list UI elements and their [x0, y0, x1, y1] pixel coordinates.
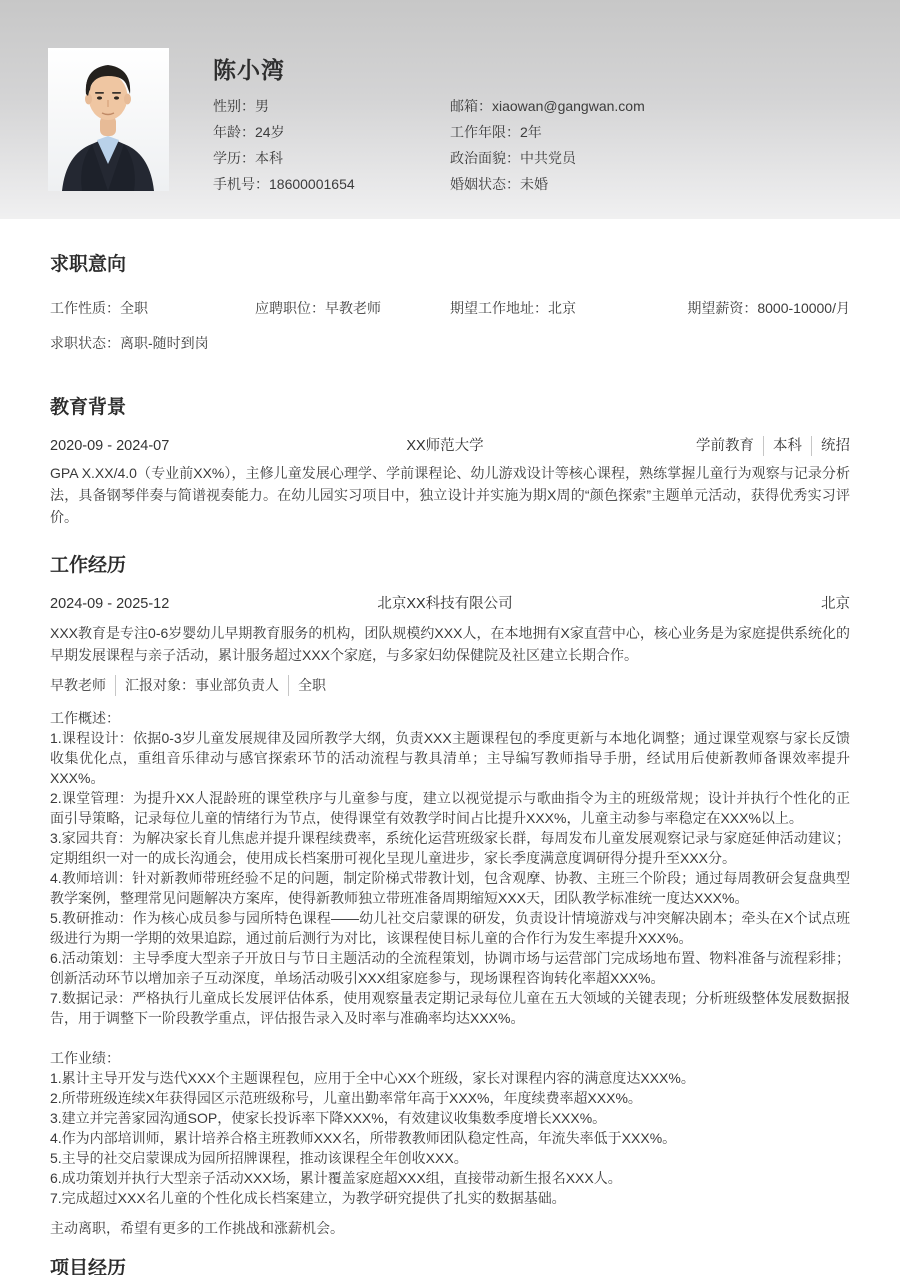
work-company: 北京XX科技有限公司	[270, 594, 620, 614]
education-tags: 学前教育本科统招	[620, 436, 850, 456]
job-intention-item: 应聘职位：早教老师	[255, 298, 450, 318]
job-status-label: 求职状态：	[50, 335, 120, 351]
education-tag: 学前教育	[696, 436, 754, 456]
info-label: 政治面貌：	[450, 150, 520, 166]
personal-info-item: 性别：男	[213, 93, 450, 119]
intention-value: 早教老师	[325, 300, 381, 316]
work-overview-list: 1.课程设计：依据0-3岁儿童发展规律及园所教学大纲，负责XXX主题课程包的季度…	[50, 728, 850, 1028]
work-achievements-list: 1.累计主导开发与迭代XXX个主题课程包，应用于全中心XX个班级，家长对课程内容…	[50, 1068, 850, 1208]
education-period: 2020-09 - 2024-07	[50, 436, 270, 456]
info-label: 邮箱：	[450, 98, 492, 114]
work-achievement-item: 7.完成超过XXX名儿童的个性化成长档案建立，为教学研究提供了扎实的数据基础。	[50, 1188, 850, 1208]
work-meta-row: 2024-09 - 2025-12 北京XX科技有限公司 北京	[50, 594, 850, 614]
work-achievement-item: 1.累计主导开发与迭代XXX个主题课程包，应用于全中心XX个班级，家长对课程内容…	[50, 1068, 850, 1088]
education-school: XX师范大学	[270, 436, 620, 456]
intention-label: 期望薪资：	[687, 300, 757, 316]
position-tag: 全职	[288, 675, 326, 696]
personal-info-item: 工作年限：2年	[450, 119, 645, 145]
info-label: 学历：	[213, 150, 255, 166]
intention-value: 全职	[120, 300, 148, 316]
info-value: 男	[255, 98, 269, 114]
job-intention-row: 工作性质：全职应聘职位：早教老师期望工作地址：北京期望薪资：8000-10000…	[50, 298, 850, 318]
section-title-job-intention: 求职意向	[50, 252, 850, 278]
personal-info-item: 政治面貌：中共党员	[450, 145, 645, 171]
candidate-name: 陈小湾	[213, 52, 285, 85]
info-value: 24岁	[255, 124, 285, 140]
personal-info-item: 婚姻状态：未婚	[450, 171, 645, 197]
info-label: 工作年限：	[450, 124, 520, 140]
position-tag: 早教老师	[50, 675, 106, 696]
resume-header: 陈小湾 性别：男年龄：24岁学历：本科手机号：18600001654邮箱：xia…	[0, 0, 900, 219]
work-achievement-item: 2.所带班级连续X年获得园区示范班级称号，儿童出勤率常年高于XXX%，年度续费率…	[50, 1088, 850, 1108]
info-label: 婚姻状态：	[450, 176, 520, 192]
work-achievement-item: 3.建立并完善家园沟通SOP，使家长投诉率下降XXX%，有效建议收集数季度增长X…	[50, 1108, 850, 1128]
company-intro: XXX教育是专注0-6岁婴幼儿早期教育服务的机构，团队规模约XXX人，在本地拥有…	[50, 622, 850, 666]
intention-label: 应聘职位：	[255, 300, 325, 316]
info-value: 本科	[255, 150, 283, 166]
position-row: 早教老师汇报对象：事业部负责人全职	[50, 675, 850, 696]
personal-info-grid: 性别：男年龄：24岁学历：本科手机号：18600001654邮箱：xiaowan…	[213, 93, 645, 197]
info-value: 18600001654	[269, 176, 355, 192]
work-achievement-item: 6.成功策划并执行大型亲子活动XXX场，累计覆盖家庭超XXX组，直接带动新生报名…	[50, 1168, 850, 1188]
position-tag: 汇报对象：事业部负责人	[115, 675, 279, 696]
work-overview-item: 7.数据记录：严格执行儿童成长发展评估体系，使用观察量表定期记录每位儿童在五大领…	[50, 988, 850, 1028]
info-value: 未婚	[520, 176, 548, 192]
section-title-work: 工作经历	[50, 553, 850, 579]
job-intention-item: 期望工作地址：北京	[450, 298, 675, 318]
section-title-projects: 项目经历	[50, 1256, 850, 1275]
work-achievement-item: 5.主导的社交启蒙课成为园所招牌课程，推动该课程全年创收XXX。	[50, 1148, 850, 1168]
section-title-education: 教育背景	[50, 395, 850, 421]
education-description: GPA X.XX/4.0（专业前XX%），主修儿童发展心理学、学前课程论、幼儿游…	[50, 462, 850, 528]
personal-info-item: 学历：本科	[213, 145, 450, 171]
resume-body: 求职意向 工作性质：全职应聘职位：早教老师期望工作地址：北京期望薪资：8000-…	[0, 252, 900, 1275]
resignation-note: 主动离职，希望有更多的工作挑战和涨薪机会。	[50, 1218, 850, 1238]
info-value: xiaowan@gangwan.com	[492, 98, 645, 114]
work-overview-item: 3.家园共育：为解决家长育儿焦虑并提升课程续费率，系统化运营班级家长群，每周发布…	[50, 828, 850, 868]
info-label: 手机号：	[213, 176, 269, 192]
job-status-row: 求职状态：离职-随时到岗	[50, 333, 850, 353]
intention-value: 北京	[548, 300, 576, 316]
work-overview-item: 5.教研推动：作为核心成员参与园所特色课程——幼儿社交启蒙课的研发，负责设计情境…	[50, 908, 850, 948]
work-location: 北京	[620, 594, 850, 614]
info-label: 性别：	[213, 98, 255, 114]
intention-value: 8000-10000/月	[757, 300, 850, 316]
profile-photo	[48, 48, 169, 191]
work-overview-title: 工作概述：	[50, 708, 850, 728]
work-achievement-item: 4.作为内部培训师，累计培养合格主班教师XXX名，所带教教师团队稳定性高，年流失…	[50, 1128, 850, 1148]
info-label: 年龄：	[213, 124, 255, 140]
personal-info-item: 手机号：18600001654	[213, 171, 450, 197]
education-tag: 统招	[811, 436, 850, 456]
work-period: 2024-09 - 2025-12	[50, 594, 270, 614]
intention-label: 工作性质：	[50, 300, 120, 316]
info-value: 2年	[520, 124, 542, 140]
position-tag-list: 早教老师汇报对象：事业部负责人全职	[50, 675, 326, 696]
info-value: 中共党员	[520, 150, 576, 166]
education-tag: 本科	[763, 436, 802, 456]
job-intention-item: 工作性质：全职	[50, 298, 255, 318]
work-overview-item: 2.课堂管理：为提升XX人混龄班的课堂秩序与儿童参与度，建立以视觉提示与歌曲指令…	[50, 788, 850, 828]
job-intention-item: 期望薪资：8000-10000/月	[675, 298, 850, 318]
portrait-illustration	[48, 48, 169, 191]
work-achievements-title: 工作业绩：	[50, 1048, 850, 1068]
work-overview-item: 6.活动策划：主导季度大型亲子开放日与节日主题活动的全流程策划，协调市场与运营部…	[50, 948, 850, 988]
work-overview-block: 工作概述： 1.课程设计：依据0-3岁儿童发展规律及园所教学大纲，负责XXX主题…	[50, 708, 850, 1028]
work-overview-item: 1.课程设计：依据0-3岁儿童发展规律及园所教学大纲，负责XXX主题课程包的季度…	[50, 728, 850, 788]
education-tag-list: 学前教育本科统招	[696, 436, 850, 456]
job-status-value: 离职-随时到岗	[120, 335, 209, 351]
personal-info-item: 年龄：24岁	[213, 119, 450, 145]
work-overview-item: 4.教师培训：针对新教师带班经验不足的问题，制定阶梯式带教计划，包含观摩、协教、…	[50, 868, 850, 908]
work-achievements-block: 工作业绩： 1.累计主导开发与迭代XXX个主题课程包，应用于全中心XX个班级，家…	[50, 1048, 850, 1208]
personal-info-item: 邮箱：xiaowan@gangwan.com	[450, 93, 645, 119]
education-meta-row: 2020-09 - 2024-07 XX师范大学 学前教育本科统招	[50, 436, 850, 456]
intention-label: 期望工作地址：	[450, 300, 548, 316]
